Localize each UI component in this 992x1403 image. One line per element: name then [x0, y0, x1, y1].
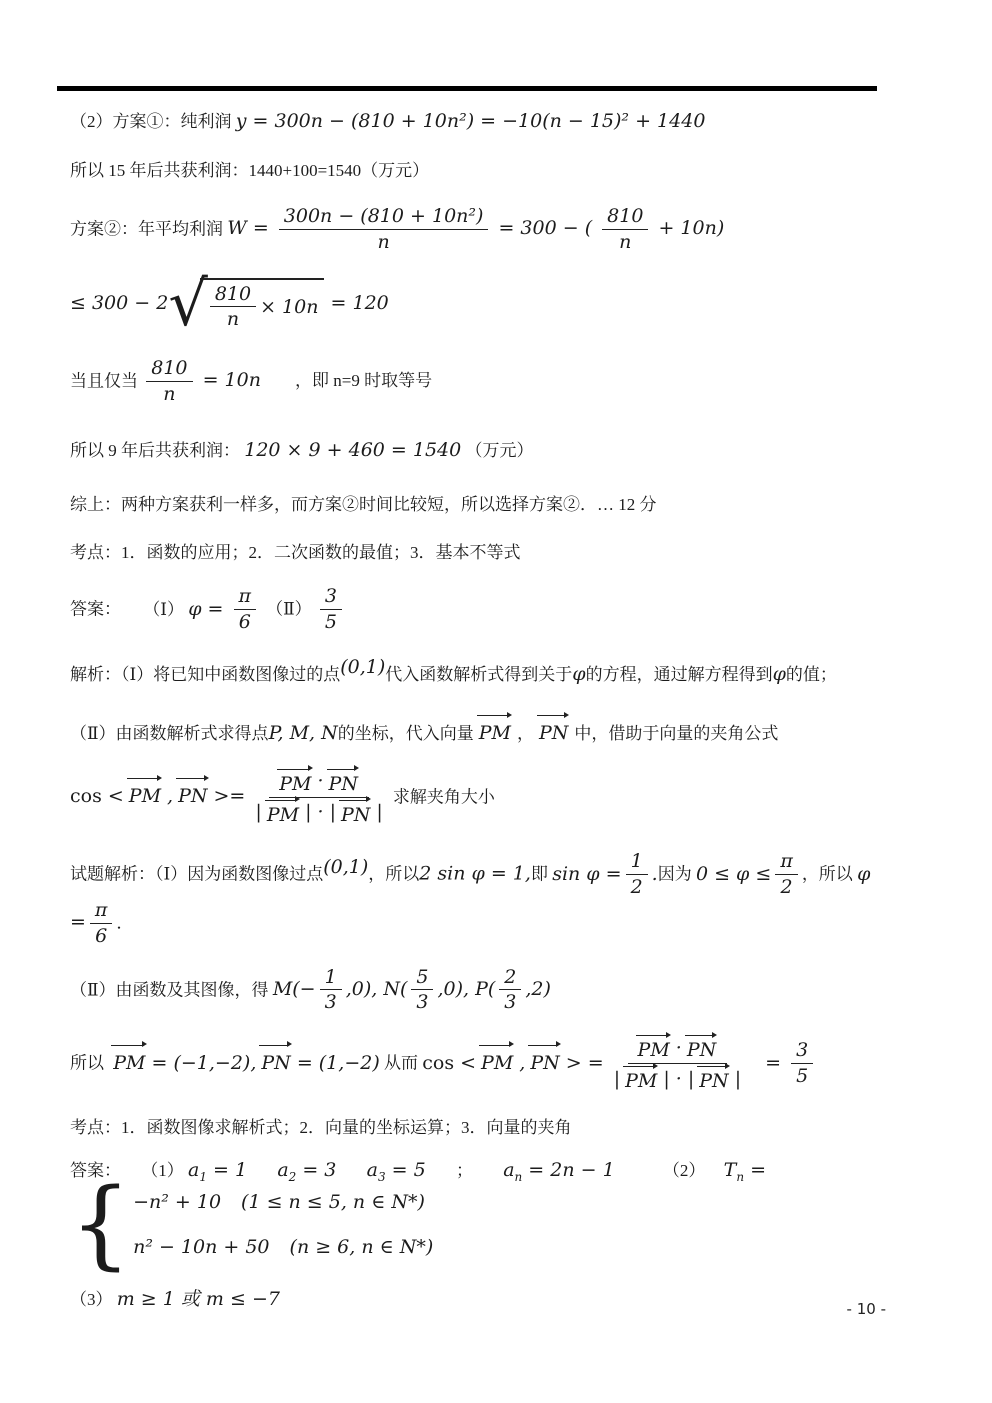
formula: 810n = 10n — [142, 369, 267, 391]
formula-run: PN — [178, 785, 207, 807]
fraction-numerator: 3 — [320, 585, 342, 610]
fraction-numerator: PM · PN — [628, 1034, 728, 1064]
fraction-denominator: n — [163, 382, 175, 406]
vector-PM: PM — [110, 1044, 149, 1078]
formula-run: a — [277, 1159, 288, 1181]
text-run: 所以 15 年后共获利润：1440+100=1540（万元） — [70, 161, 429, 180]
formula-run: PN — [329, 773, 358, 795]
formula-run: φ = — [188, 598, 223, 620]
fraction: 810n — [146, 357, 192, 406]
formula-run: >= — [214, 785, 246, 807]
case-condition: (1 ≤ n ≤ 5, n ∈ N*) — [241, 1188, 425, 1217]
fraction: 23 — [499, 966, 521, 1015]
case-expression: n² − 10n + 50 — [133, 1233, 269, 1262]
text-run: 解析：（Ⅰ）将已知中函数图像过的点 — [70, 665, 340, 684]
text-run: （2）方案①：纯利润 — [70, 112, 232, 131]
text-run: （万元） — [465, 441, 533, 460]
formula-run: = 300 − ( — [498, 217, 592, 239]
fraction-denominator: 3 — [504, 990, 516, 1014]
fraction-denominator: | PM | · | PN | — [255, 798, 382, 827]
vector-PN: PN — [684, 1034, 720, 1062]
formula-run: PN — [530, 1052, 559, 1074]
vector-PN: PN — [696, 1065, 732, 1093]
formula-run: 120 × 9 + 460 = 1540 — [244, 439, 461, 461]
formula-run: 0 ≤ φ ≤ — [696, 863, 771, 885]
text-run: 答案： — [70, 600, 121, 619]
text-run: 的方程，通过解方程得到 — [586, 665, 773, 684]
vector-PM: PM — [476, 714, 515, 748]
text-run: （Ⅰ） — [143, 600, 184, 619]
subscript: 1 — [199, 1170, 207, 1184]
formula-run: , — [167, 785, 173, 807]
subscript: 3 — [378, 1170, 386, 1184]
line-answer-m-range: （3） m ≥ 1 或 m ≤ −7 — [70, 1285, 880, 1314]
fraction-numerator: 810 — [602, 205, 648, 230]
formula: 35 — [316, 598, 346, 620]
vector-PM: PM — [622, 1065, 661, 1093]
vector-PN: PN — [338, 799, 374, 827]
formula-run: PM — [279, 773, 311, 795]
formula-run: y = 300n − (810 + 10n²) = −10(n − 15)² +… — [236, 110, 706, 132]
formula: a1 = 1 — [188, 1159, 247, 1181]
fraction-numerator: 2 — [499, 966, 521, 991]
fraction-numerator: 810 — [146, 357, 192, 382]
line-knowledge-points-2: 考点：1．函数图像求解析式；2．向量的坐标运算；3．向量的夹角 — [70, 1115, 880, 1141]
line-cos-formula: cos <PM,PN>= PM · PN | PM | · | PN | 求解夹… — [70, 768, 880, 827]
fraction-numerator: 300n − (810 + 10n²) — [279, 205, 489, 230]
vector-PN: PN — [527, 1044, 563, 1078]
line-solution-part2-vectors: 所以 PM= (−1,−2),PN= (1,−2) 从而 cos <PM,PN>… — [70, 1034, 880, 1093]
text-run: ，所以 — [368, 865, 419, 884]
formula-run: M(− — [273, 978, 316, 1000]
square-root: √810n× 10n — [168, 278, 324, 332]
line-equality-condition: 当且仅当 810n = 10n ，即 n=9 时取等号 — [70, 357, 880, 406]
formula: sin φ =12. — [552, 863, 658, 885]
vector-PN: PN — [258, 1044, 294, 1078]
line-total-profit-9-years: 所以 9 年后共获利润： 120 × 9 + 460 = 1540 （万元） — [70, 436, 880, 465]
line-total-profit-15-years: 所以 15 年后共获利润：1440+100=1540（万元） — [70, 158, 880, 184]
fraction-numerator: π — [234, 585, 257, 610]
fraction-denominator: n — [227, 307, 239, 331]
text-run: 代入函数解析式得到关于 — [385, 665, 572, 684]
formula-run: | — [255, 801, 261, 824]
formula-run: | — [376, 801, 382, 824]
fraction-numerator: 1 — [626, 850, 648, 875]
fraction-denominator: 5 — [325, 610, 337, 634]
text-run: ， — [517, 724, 534, 743]
formula: W = 300n − (810 + 10n²)n = 300 − ( 810n … — [227, 217, 724, 239]
formula-run: a — [367, 1159, 378, 1181]
cases-block: { −n² + 10(1 ≤ n ≤ 5, n ∈ N*) n² − 10n +… — [70, 1186, 433, 1263]
formula-run: | · | — [305, 801, 336, 824]
text-run: （1） — [141, 1161, 184, 1180]
vector-PM: PM — [276, 768, 315, 796]
point-coordinates: (0,1) — [323, 856, 368, 878]
text-run: ，即 n=9 时取等号 — [295, 371, 432, 390]
fraction-denominator: | PM | · | PN | — [614, 1064, 741, 1093]
text-run: 即 — [531, 865, 548, 884]
text-run: 考点：1．函数图像求解析式；2．向量的坐标运算；3．向量的夹角 — [70, 1118, 572, 1137]
case-row: n² − 10n + 50(n ≥ 6, n ∈ N*) — [133, 1233, 433, 1262]
line-conclusion: 综上：两种方案获利一样多，而方案②时间比较短，所以选择方案②．… 12 分 — [70, 492, 880, 518]
formula-run: = 120 — [331, 292, 389, 314]
formula-run: PM — [129, 785, 161, 807]
vector-PN: PN — [536, 714, 572, 748]
text-run: 所以 — [70, 1054, 104, 1073]
formula-run: | · | — [663, 1068, 694, 1091]
fraction-numerator: 1 — [320, 966, 342, 991]
formula-run: = 5 — [386, 1159, 426, 1181]
formula-run: 2 sin φ = 1, — [419, 863, 531, 885]
fraction-denominator: n — [377, 230, 389, 254]
formula-run: > = — [566, 1052, 604, 1074]
left-brace-icon: { — [70, 1186, 131, 1263]
formula: M(−13,0), N(53,0), P(23,2) — [273, 978, 551, 1000]
fraction-denominator: n — [619, 230, 631, 254]
fraction-denominator: 3 — [416, 990, 428, 1014]
formula: 0 ≤ φ ≤π2 — [696, 863, 802, 885]
formula-run: = 2n − 1 — [522, 1159, 614, 1181]
line-amgm-inequality: ≤ 300 − 2√810n× 10n = 120 — [70, 278, 880, 332]
text-run: 从而 — [384, 1054, 418, 1073]
case-rows: −n² + 10(1 ≤ n ≤ 5, n ∈ N*) n² − 10n + 5… — [133, 1188, 433, 1261]
line-plan2-average-profit: 方案②：年平均利润 W = 300n − (810 + 10n²)n = 300… — [70, 205, 880, 254]
line-solution-part1: 试题解析：（Ⅰ）因为函数图像过点(0,1)，所以2 sin φ = 1,即 si… — [70, 850, 880, 947]
fraction-denominator: 5 — [796, 1064, 808, 1088]
formula-run: a — [188, 1159, 199, 1181]
radicand: 810n× 10n — [200, 278, 325, 332]
fraction: 810n — [602, 205, 648, 254]
line-solution-part2-points: （Ⅱ）由函数及其图像，得 M(−13,0), N(53,0), P(23,2) — [70, 966, 880, 1015]
text-run: （Ⅱ）由函数解析式求得点 — [70, 724, 269, 743]
vector-PM: PM — [126, 777, 165, 811]
formula-run: cos < — [422, 1052, 476, 1074]
text-run: （Ⅱ） — [266, 600, 312, 619]
line-answer-phi: 答案： （Ⅰ） φ = π6 （Ⅱ） 35 — [70, 585, 880, 634]
fraction-numerator: PM · PN — [269, 768, 369, 798]
formula-run: PN — [261, 1052, 290, 1074]
vector-PM: PM — [635, 1034, 674, 1062]
fraction: 35 — [320, 585, 342, 634]
text-run: 的坐标，代入向量 — [338, 724, 474, 743]
fraction-numerator: π — [90, 899, 113, 924]
formula-run: · — [318, 770, 324, 793]
formula: cos <PM,PN> = PM · PN | PM | · | PN | = … — [422, 1052, 817, 1074]
formula-run: = 3 — [296, 1159, 336, 1181]
formula-run: = 1 — [207, 1159, 247, 1181]
formula-run: PM — [479, 722, 511, 744]
vector-PM: PM — [478, 1044, 517, 1078]
case-expression: −n² + 10 — [133, 1188, 221, 1217]
fraction-numerator: 5 — [411, 966, 433, 991]
formula-run: φ — [572, 663, 585, 685]
vector-PN: PN — [326, 768, 362, 796]
fraction-numerator: 810 — [210, 283, 256, 308]
fraction: π6 — [234, 585, 257, 634]
line-analysis-part1: 解析：（Ⅰ）将已知中函数图像过的点(0,1)代入函数解析式得到关于φ的方程，通过… — [70, 660, 880, 689]
text-run: ，所以 — [802, 865, 853, 884]
text-run: 方案②：年平均利润 — [70, 219, 223, 238]
formula-run: = — [765, 1052, 781, 1074]
text-run: 试题解析：（Ⅰ）因为函数图像过点 — [70, 865, 323, 884]
text-run: 中，借助于向量的夹角公式 — [574, 724, 778, 743]
text-run: （2） — [663, 1161, 706, 1180]
formula-run: ≤ 300 − 2 — [70, 292, 168, 314]
formula-run: ,2) — [525, 978, 551, 1000]
formula-run: PM — [113, 1052, 145, 1074]
document-page: （2）方案①：纯利润 y = 300n − (810 + 10n²) = −10… — [0, 0, 992, 1403]
case-condition: (n ≥ 6, n ∈ N*) — [290, 1233, 434, 1262]
formula: a2 = 3 — [277, 1159, 336, 1181]
text-run: 求解夹角大小 — [393, 787, 495, 806]
formula-run: cos < — [70, 785, 124, 807]
point-coordinates: (0,1) — [340, 656, 385, 678]
fraction-denominator: 2 — [781, 875, 793, 899]
text-run: 所以 9 年后共获利润： — [70, 441, 240, 460]
fraction: 35 — [791, 1039, 813, 1088]
formula-run: P, M, N — [269, 722, 338, 744]
fraction-denominator: 2 — [631, 875, 643, 899]
formula-run: = (−1,−2), — [152, 1052, 257, 1074]
header-rule — [57, 86, 877, 91]
text-run: 因为 — [658, 865, 692, 884]
formula-run: PN — [687, 1039, 716, 1061]
formula-run: | — [735, 1068, 741, 1091]
fraction-denominator: 6 — [95, 924, 107, 948]
formula-run: × 10n — [260, 293, 318, 322]
formula-run: a — [503, 1159, 514, 1181]
line-knowledge-points-1: 考点：1．函数的应用；2．二次函数的最值；3．基本不等式 — [70, 540, 880, 566]
formula-run: PM — [267, 804, 299, 826]
line-answer-sequence: 答案： （1） a1 = 1 a2 = 3 a3 = 5 ； an = 2n −… — [70, 1156, 880, 1263]
formula-run: = (1,−2) — [297, 1052, 380, 1074]
formula-run: PM — [638, 1039, 670, 1061]
fraction-denominator: 6 — [239, 610, 251, 634]
formula-run: PN — [699, 1070, 728, 1092]
formula-run: ,0), N( — [346, 978, 408, 1000]
case-row: −n² + 10(1 ≤ n ≤ 5, n ∈ N*) — [133, 1188, 433, 1217]
formula-run: | — [614, 1068, 620, 1091]
fraction: 13 — [320, 966, 342, 1015]
line-analysis-part2: （Ⅱ）由函数解析式求得点P, M, N的坐标，代入向量PM，PN中，借助于向量的… — [70, 714, 880, 748]
text-run: （3） — [70, 1290, 113, 1309]
formula-run: φ — [773, 663, 786, 685]
fraction: π2 — [775, 850, 798, 899]
fraction-numerator: π — [775, 850, 798, 875]
text-run: 当且仅当 — [70, 371, 138, 390]
formula-run: PM — [625, 1070, 657, 1092]
fraction: 53 — [411, 966, 433, 1015]
fraction: PM · PN | PM | · | PN | — [255, 768, 382, 827]
formula: PM= (−1,−2),PN= (1,−2) — [108, 1052, 379, 1074]
formula-run: + 10n) — [658, 217, 724, 239]
vector-PN: PN — [175, 777, 211, 811]
formula: ≤ 300 − 2√810n× 10n = 120 — [70, 292, 389, 314]
formula-run: = — [744, 1159, 766, 1181]
fraction: 810n — [210, 283, 256, 332]
fraction-numerator: 3 — [791, 1039, 813, 1064]
formula: an = 2n − 1 — [503, 1159, 614, 1181]
formula-run: m ≥ 1 或 m ≤ −7 — [117, 1288, 280, 1310]
subscript: n — [736, 1170, 744, 1184]
text-run: ． — [116, 913, 133, 932]
formula: a3 = 5 — [367, 1159, 426, 1181]
text-run: 综上：两种方案获利一样多，而方案②时间比较短，所以选择方案②．… 12 分 — [70, 495, 657, 514]
fraction: 300n − (810 + 10n²)n — [279, 205, 489, 254]
text-run: 的值； — [786, 665, 837, 684]
formula-run: T — [724, 1159, 737, 1181]
formula-run: , — [519, 1052, 525, 1074]
formula-run: ,0), P( — [437, 978, 495, 1000]
formula-run: · — [676, 1037, 682, 1060]
fraction: 12 — [626, 850, 648, 899]
text-run: 考点：1．函数的应用；2．二次函数的最值；3．基本不等式 — [70, 543, 521, 562]
formula-run: PM — [481, 1052, 513, 1074]
vector-PM: PM — [264, 799, 303, 827]
page-number: - 10 - — [847, 1300, 886, 1318]
formula-run: sin φ = — [552, 863, 621, 885]
text-run: （Ⅱ）由函数及其图像，得 — [70, 980, 269, 999]
fraction: PM · PN | PM | · | PN | — [614, 1034, 741, 1093]
formula: φ = π6 — [188, 598, 266, 620]
fraction: π6 — [90, 899, 113, 948]
fraction-denominator: 3 — [325, 990, 337, 1014]
text-run: ； — [456, 1161, 473, 1180]
formula-run: = 10n — [203, 369, 261, 391]
formula: cos <PM,PN>= PM · PN | PM | · | PN | — [70, 785, 393, 807]
line-plan1-net-profit: （2）方案①：纯利润 y = 300n − (810 + 10n²) = −10… — [70, 107, 880, 136]
formula-run: PN — [539, 722, 568, 744]
formula-run: PN — [341, 804, 370, 826]
formula-run: W = — [227, 217, 269, 239]
